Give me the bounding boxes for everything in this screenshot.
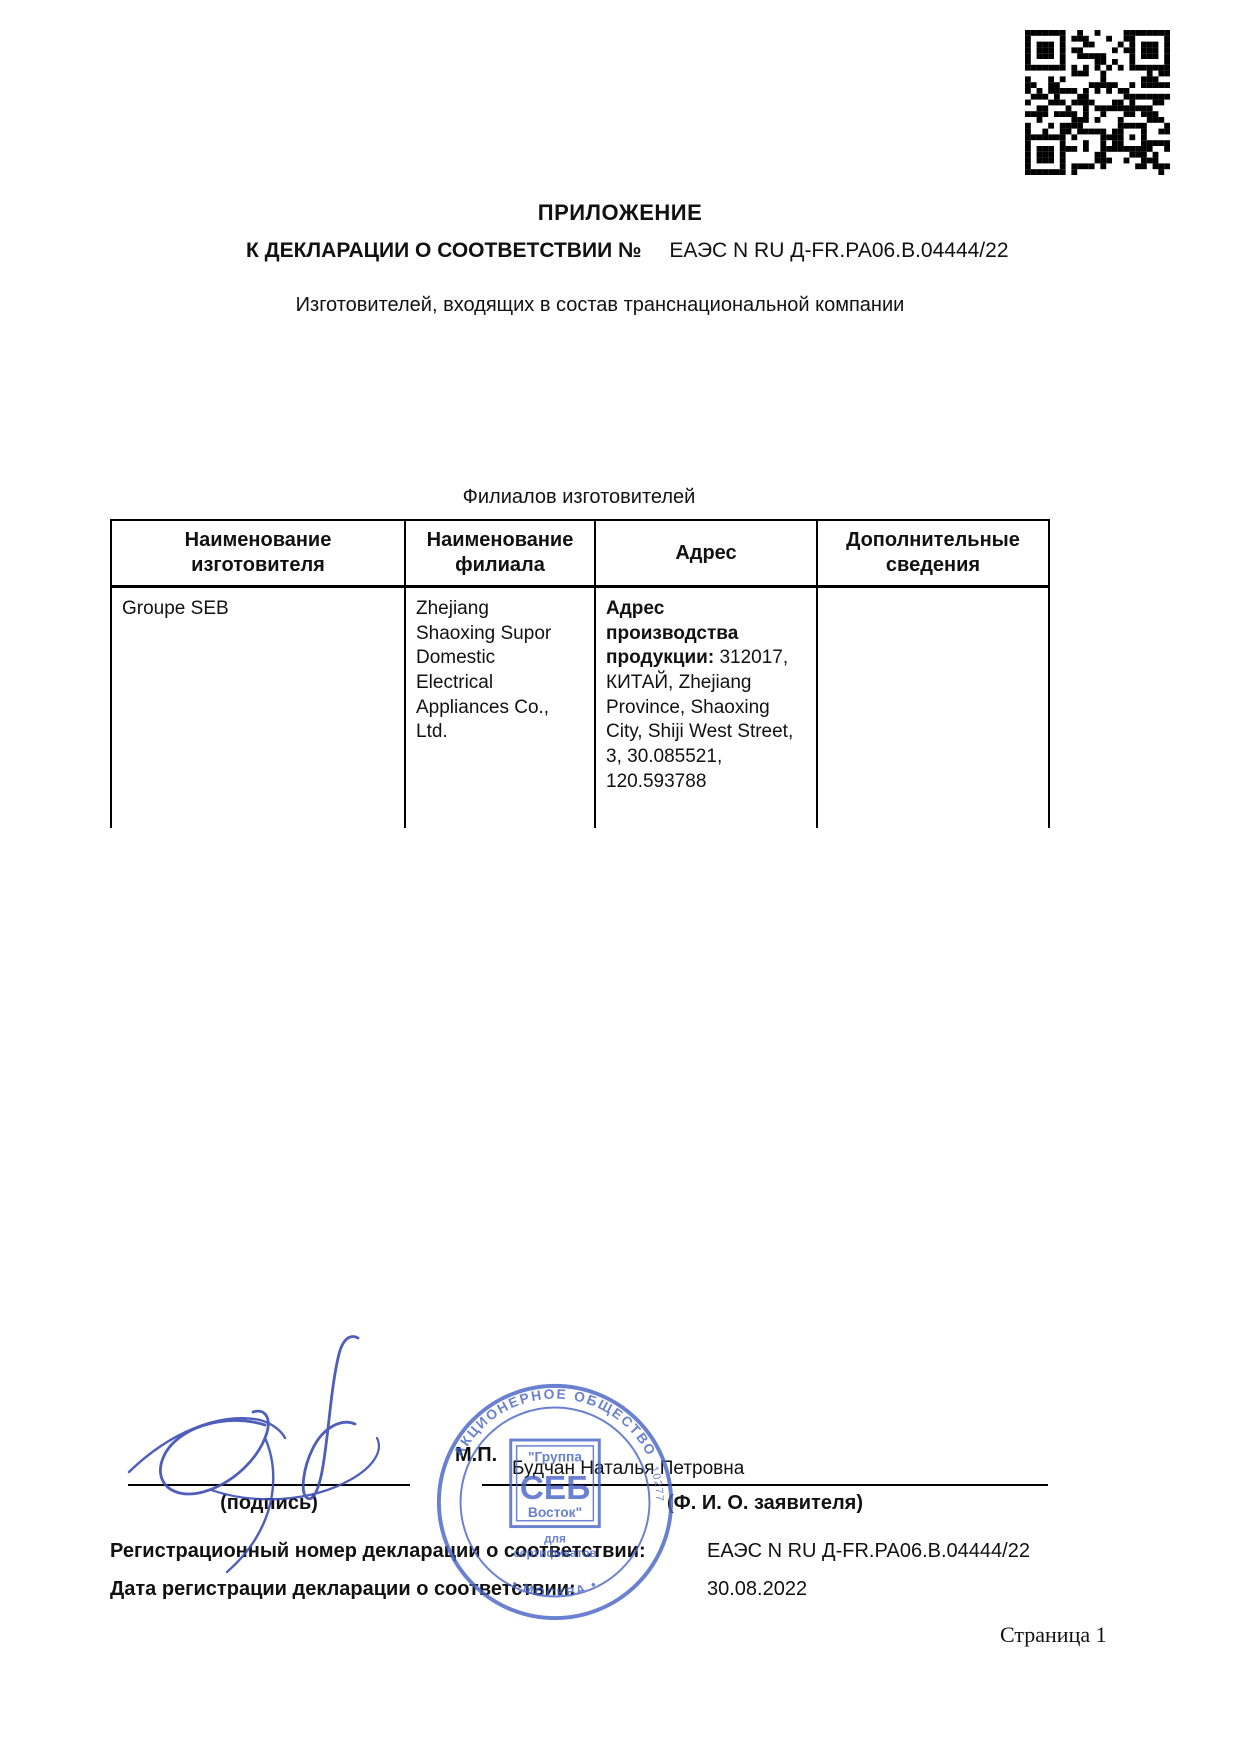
cell-additional-info bbox=[817, 587, 1049, 829]
applicant-name-line bbox=[482, 1484, 1048, 1486]
column-header-additional: Дополнительные сведения bbox=[817, 520, 1049, 587]
column-header-manufacturer: Наименование изготовителя bbox=[111, 520, 405, 587]
registration-number-label: Регистрационный номер декларации о соотв… bbox=[110, 1540, 646, 1563]
signature-line bbox=[128, 1484, 410, 1486]
column-header-address: Адрес bbox=[595, 520, 817, 587]
branches-table: Наименование изготовителя Наименование ф… bbox=[110, 519, 1050, 828]
table-row: Groupe SEB ZhejiangShaoxing SuporDomesti… bbox=[111, 587, 1049, 829]
column-header-branch: Наименование филиала bbox=[405, 520, 595, 587]
declaration-line: К ДЕКЛАРАЦИИ О СООТВЕТСТВИИ №ЕАЭС N RU Д… bbox=[246, 239, 1009, 263]
applicant-name: Будчан Наталья Петровна bbox=[512, 1458, 744, 1480]
cell-manufacturer: Groupe SEB bbox=[111, 587, 405, 829]
document-page: ПРИЛОЖЕНИЕ К ДЕКЛАРАЦИИ О СООТВЕТСТВИИ №… bbox=[0, 0, 1240, 1755]
cell-branch: ZhejiangShaoxing SuporDomesticElectrical… bbox=[405, 587, 595, 829]
registration-date-label: Дата регистрации декларации о соответств… bbox=[110, 1578, 576, 1601]
page-number: Страница 1 bbox=[1000, 1622, 1107, 1648]
registration-number-value: ЕАЭС N RU Д-FR.РА06.В.04444/22 bbox=[707, 1540, 1030, 1563]
qr-code bbox=[1025, 30, 1170, 175]
document-description: Изготовителей, входящих в состав трансна… bbox=[30, 294, 1170, 317]
declaration-number: ЕАЭС N RU Д-FR.РА06.В.04444/22 bbox=[669, 239, 1008, 262]
signature-caption: (подпись) bbox=[128, 1492, 410, 1515]
table-header-row: Наименование изготовителя Наименование ф… bbox=[111, 520, 1049, 587]
applicant-caption: (Ф. И. О. заявителя) bbox=[482, 1492, 1048, 1515]
cell-address: Адреспроизводствапродукции: 312017,КИТАЙ… bbox=[595, 587, 817, 829]
stamp-place-label: М.П. bbox=[455, 1444, 497, 1467]
page-title: ПРИЛОЖЕНИЕ bbox=[0, 200, 1240, 226]
registration-date-value: 30.08.2022 bbox=[707, 1578, 807, 1601]
table-caption: Филиалов изготовителей bbox=[110, 486, 1048, 509]
declaration-label: К ДЕКЛАРАЦИИ О СООТВЕТСТВИИ № bbox=[246, 239, 641, 262]
